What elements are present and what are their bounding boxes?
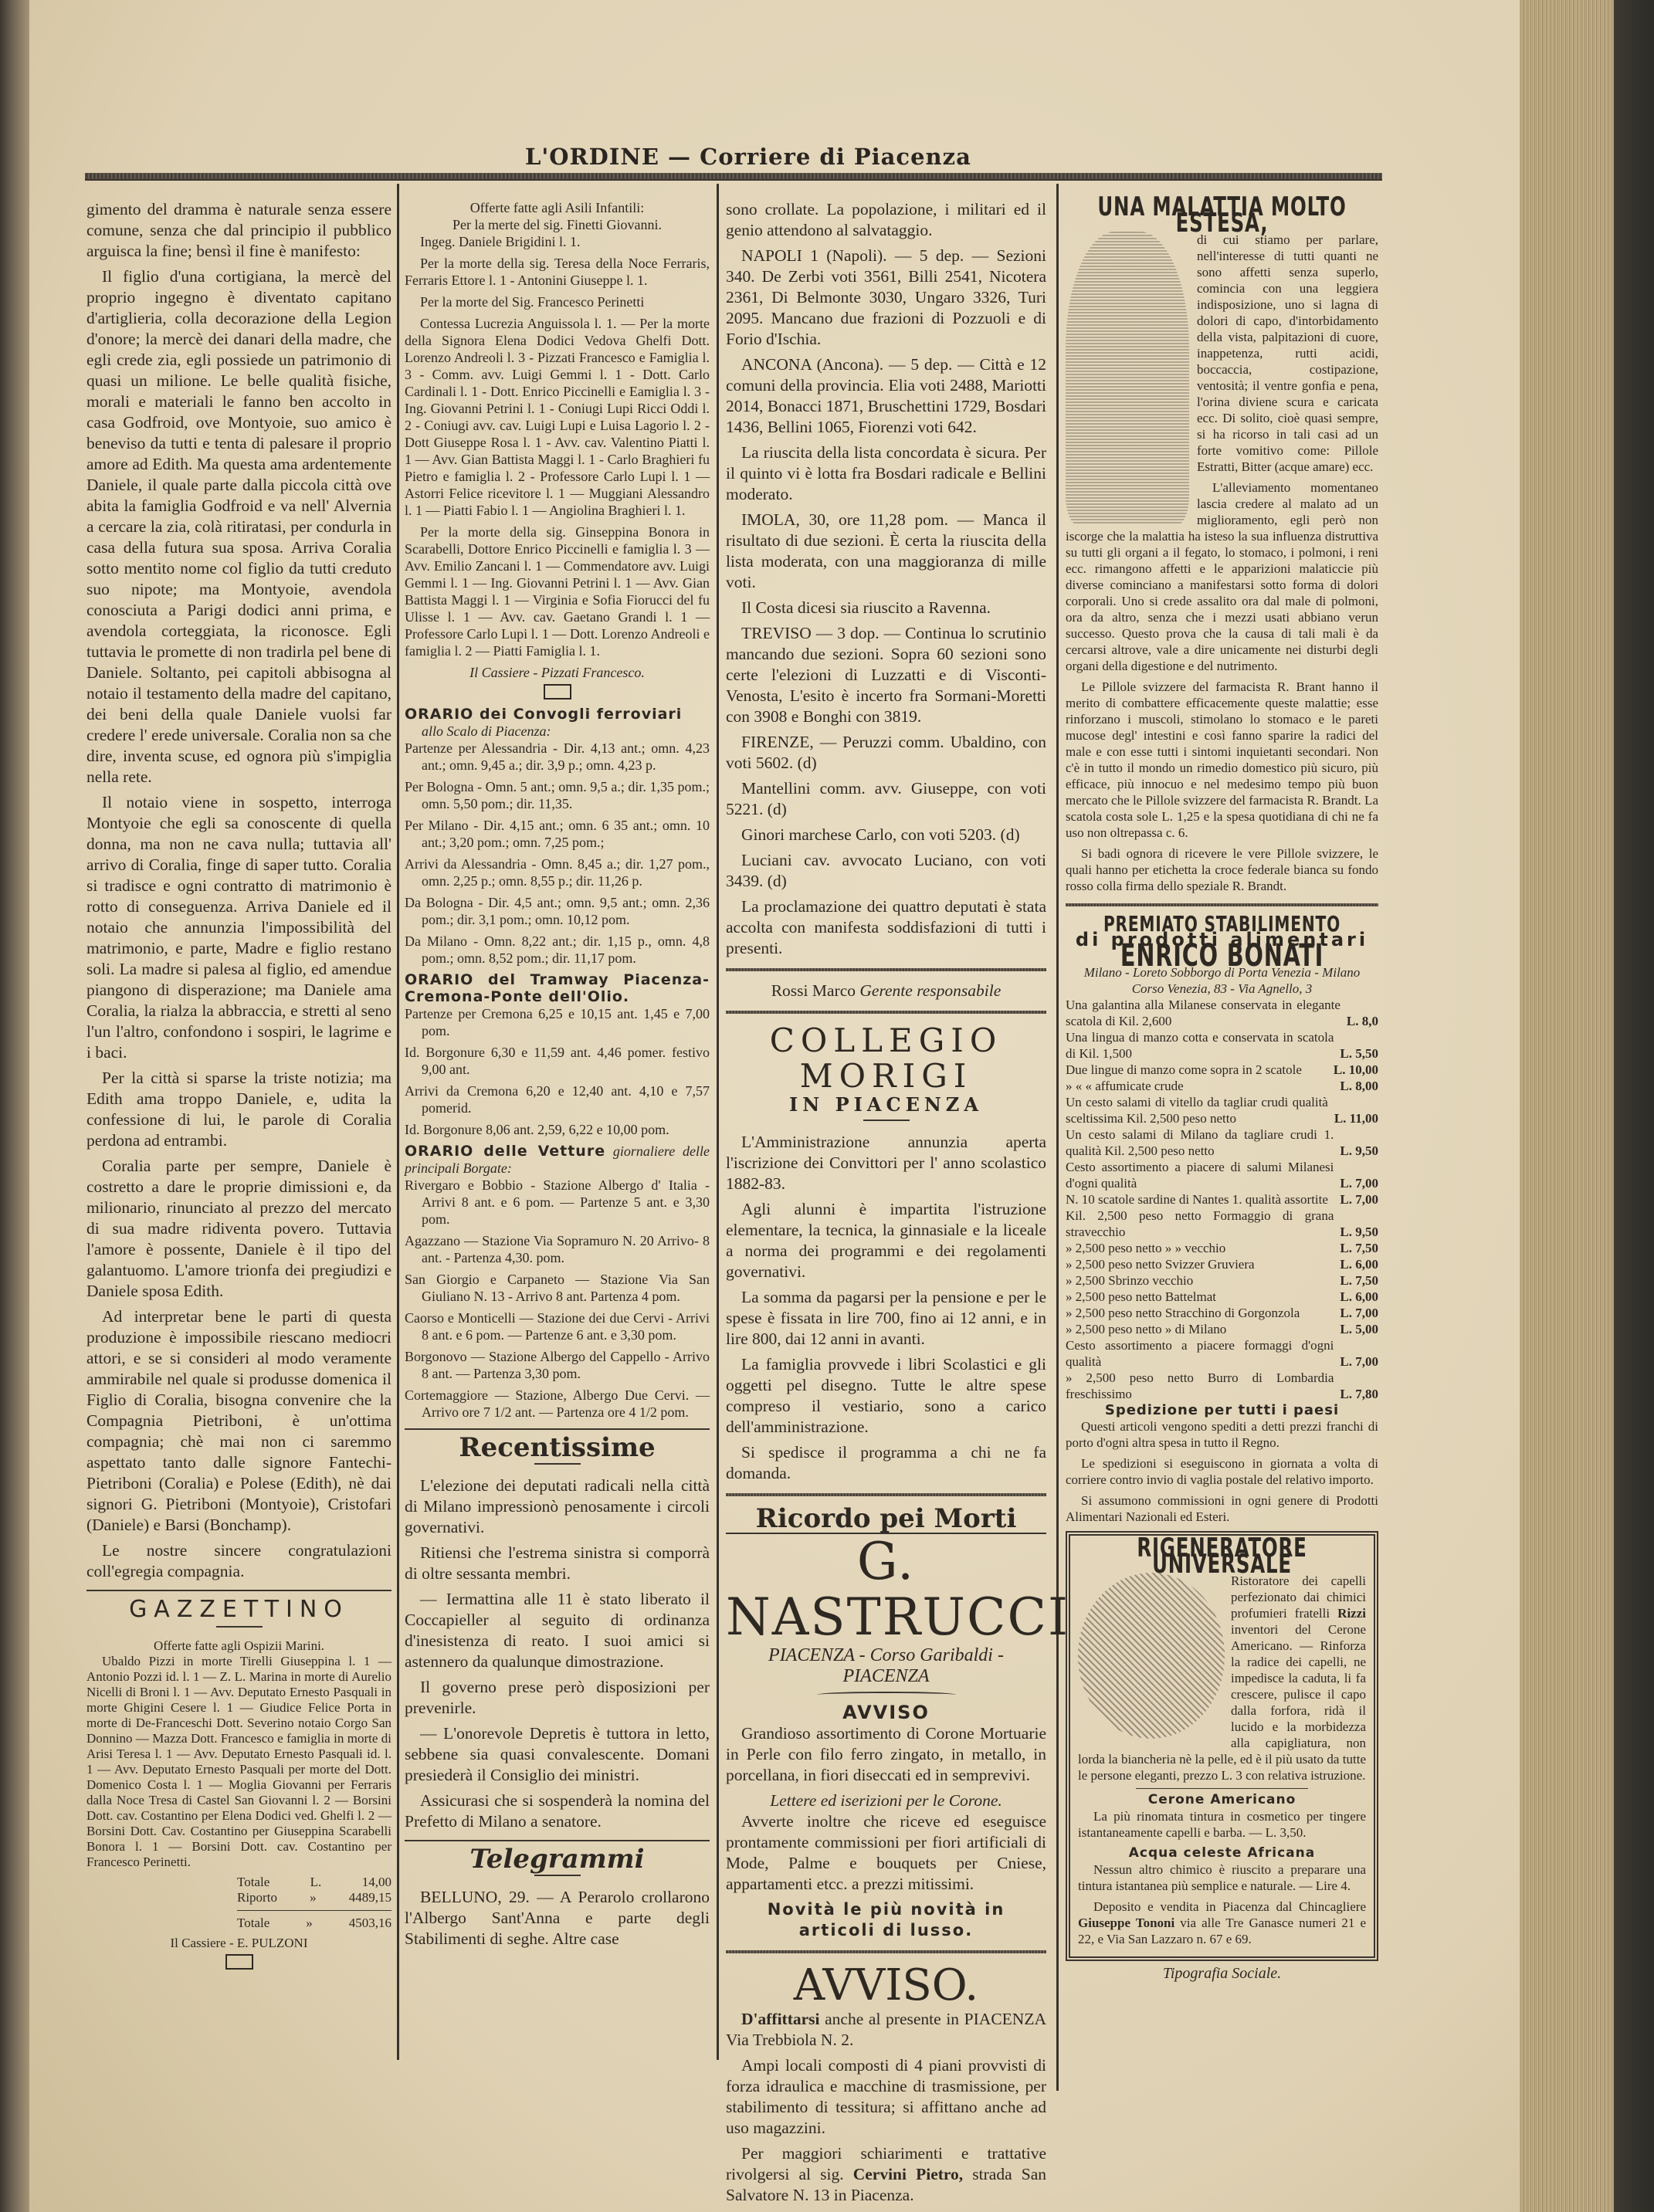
price-row: Cesto assortimento a piacere formaggi d'… [1066,1337,1378,1370]
gazzettino-totals: TotaleL.14,00 Riporto»4489,15 Totale»450… [237,1875,391,1931]
orario-row: Borgonovo — Stazione Albergo del Cappell… [405,1348,710,1382]
orario-row: Partenze per Alessandria - Dir. 4,13 ant… [405,740,710,774]
column-4: UNA MALATTIA MOLTO ESTESA, di cui stiamo… [1066,199,1378,1982]
woman-portrait-illustration [1078,1573,1225,1739]
item-price: L. 6,00 [1340,1289,1378,1305]
ad-tagline: Novità le più novità in articoli di luss… [726,1899,1046,1941]
orario-row: Da Bologna - Dir. 4,5 ant.; omn. 9,5 ant… [405,894,710,928]
bonati-name: ENRICO BONATI [1097,948,1347,964]
book-binding [1614,0,1654,2212]
item-desc: » 2,500 peso netto » di Milano [1066,1321,1340,1337]
ad-paragraph: Ampi locali composti di 4 piani provvist… [726,2055,1046,2139]
price-row: » 2,500 peso netto » di MilanoL. 5,00 [1066,1321,1378,1337]
orario-treni-title: ORARIO dei Convogli ferroviari [405,706,710,723]
orario-row: Id. Borgonure 8,06 ant. 2,59, 6,22 e 10,… [405,1121,710,1138]
total-row: Totale»4503,16 [237,1916,391,1931]
asili-entry: Per la morte della sig. Ginseppina Bonor… [405,523,710,659]
asili-entry: Contessa Lucrezia Anguissola l. 1. — Per… [405,315,710,519]
item-price: L. 7,00 [1340,1175,1378,1191]
gazzettino-section: GAZZETTINO Offerte fatte agli Ospizii Ma… [86,1599,391,1970]
total-symbol: » [310,1890,317,1905]
article-paragraph: Ritiensi che l'estrema sinistra si compo… [405,1543,710,1584]
deposito-text: Deposito e vendita in Piacenza dal Chinc… [1093,1899,1366,1914]
orario-vetture-title: ORARIO delle Vetture [405,1143,605,1160]
ad-paragraph: La più rinomata tintura in cosmetico per… [1078,1808,1366,1841]
orario-row: Agazzano — Stazione Via Sopramuro N. 20 … [405,1232,710,1266]
collegio-subtitle: IN PIACENZA [726,1094,1046,1115]
gazzettino-subtitle: Offerte fatte agli Ospizii Marini. [86,1638,391,1654]
article-paragraph: La riuscita della lista concordata è sic… [726,442,1046,505]
price-row: » 2,500 peso netto Stracchino di Gorgonz… [1066,1305,1378,1321]
brandt-ad: UNA MALATTIA MOLTO ESTESA, di cui stiamo… [1066,199,1378,894]
article-paragraph: sono crollate. La popolazione, i militar… [726,199,1046,241]
election-result: FIRENZE, — Peruzzi comm. Ubaldino, con v… [726,732,1046,774]
bonati-title: PREMIATO STABILIMENTO [1097,916,1347,932]
title-dash [534,1875,581,1876]
election-result: TREVISO — 3 dop. — Continua lo scrutinio… [726,623,1046,727]
total-row: Riporto»4489,15 [237,1890,391,1905]
ad-paragraph: Grandioso assortimento di Corone Mortuar… [726,1723,1046,1786]
total-label: Totale [237,1875,269,1890]
orario-row: Caorso e Monticelli — Stazione dei due C… [405,1309,710,1343]
item-desc: » « « affumicate crude [1066,1078,1340,1094]
orario-row: Cortemaggiore — Stazione, Albergo Due Ce… [405,1387,710,1421]
asili-entry: Ingeg. Daniele Brigidini l. 1. [405,233,710,250]
adjacent-page-edge [0,0,29,2212]
item-price: L. 7,00 [1340,1191,1378,1208]
total-symbol: » [306,1916,313,1931]
asili-title: Offerte fatte agli Asili Infantili: [405,199,710,216]
ad-paragraph: Agli alunni è impartita l'istruzione ele… [726,1199,1046,1282]
column-2: Offerte fatte agli Asili Infantili: Per … [405,199,710,1954]
asili-entry: Per la morte della sig. Teresa della Noc… [405,255,710,289]
article-paragraph: Il Costa dicesi sia riuscito a Ravenna. [726,598,1046,618]
telegrammi-title: Telegrammi [405,1849,710,1870]
article-paragraph: gimento del dramma è naturale senza esse… [86,199,391,262]
divider [1136,1788,1309,1789]
rizzi-ad: RIGENERATORE UNIVERSALE Ristoratore dei … [1066,1531,1378,1961]
item-desc: Cesto assortimento a piacere di salumi M… [1066,1159,1340,1191]
election-result: Ginori marchese Carlo, con voti 5203. (d… [726,825,1046,845]
orario-tram-title: ORARIO del Tramway Piacenza-Cremona-Pont… [405,971,710,1005]
election-result: Luciani cav. avvocato Luciano, con voti … [726,850,1046,892]
article-paragraph: Il notaio viene in sospetto, interroga M… [86,792,391,1063]
election-result: ANCONA (Ancona). — 5 dep. — Città e 12 c… [726,354,1046,438]
column-3: sono crollate. La popolazione, i militar… [726,199,1046,2210]
article-paragraph: BELLUNO, 29. — A Perarolo crollarono l'A… [405,1887,710,1949]
election-result: NAPOLI 1 (Napoli). — 5 dep. — Sezioni 34… [726,246,1046,350]
orario-row: Per Bologna - Omn. 5 ant.; omn. 9,5 a.; … [405,778,710,812]
section-rule [405,1428,710,1430]
total-label: Totale [237,1916,269,1931]
title-dash [534,1463,581,1465]
section-rule [726,968,1046,971]
item-desc: Un cesto salami di Milano da tagliare cr… [1066,1126,1340,1159]
item-desc: » 2,500 peso netto Burro di Lombardia fr… [1066,1370,1340,1402]
recentissime-title: Recentissime [405,1438,710,1458]
price-row: Un cesto salami di vitello da tagliar cr… [1066,1094,1378,1126]
nastrucci-name: G. NASTRUCCI [726,1534,1046,1645]
title-dash [863,1120,910,1121]
bonati-address-2: Corso Venezia, 83 - Via Agnello, 3 [1066,981,1378,997]
item-desc: Due lingue di manzo come sopra in 2 scat… [1066,1062,1334,1078]
ad-paragraph: Si assumono commissioni in ogni genere d… [1066,1492,1378,1525]
gerente-role: Gerente responsabile [859,981,1001,1000]
collegio-ad: COLLEGIO MORIGI IN PIACENZA L'Amministra… [726,1023,1046,1484]
item-price: L. 8,00 [1340,1078,1378,1094]
price-row: » 2,500 peso netto Svizzer GruvieraL. 6,… [1066,1256,1378,1272]
acqua-title: Acqua celeste Africana [1078,1845,1366,1861]
recentissime-section: Recentissime L'elezione dei deputati rad… [405,1438,710,1949]
orario-row: Da Milano - Omn. 8,22 ant.; dir. 1,15 p.… [405,933,710,967]
orario-tram: ORARIO del Tramway Piacenza-Cremona-Pont… [405,971,710,1138]
section-rule [726,1950,1046,1953]
item-price: L. 7,80 [1340,1386,1378,1402]
item-price: L. 11,00 [1334,1110,1378,1126]
ad-lead-bold: D'affittarsi [741,2010,820,2028]
item-price: L. 5,50 [1340,1045,1378,1062]
asili-subtitle: Per la merte del sig. Finetti Giovanni. [405,216,710,233]
price-row: » 2,500 Sbrinzo vecchioL. 7,50 [1066,1272,1378,1289]
asili-entry: Per la morte del Sig. Francesco Perinett… [405,293,710,310]
orario-row: Per Milano - Dir. 4,15 ant.; omn. 6 35 a… [405,817,710,851]
orario-vetture: ORARIO delle Vetture giornaliere delle p… [405,1143,710,1421]
asili-cassiere: Il Cassiere - Pizzati Francesco. [405,664,710,681]
article-paragraph: Per la città si sparse la triste notizia… [86,1068,391,1151]
rizzi-brand: Rizzi [1337,1606,1366,1621]
article-paragraph: — L'onorevole Depretis è tuttora in lett… [405,1723,710,1786]
column-1: gimento del dramma è naturale senza esse… [86,199,391,1976]
item-desc: » 2,500 Sbrinzo vecchio [1066,1272,1340,1289]
title-dash [216,1626,263,1628]
column-rule [717,184,719,2060]
price-row: Un cesto salami di Milano da tagliare cr… [1066,1126,1378,1159]
item-price: L. 7,00 [1340,1353,1378,1370]
item-desc: Kil. 2,500 peso netto Formaggio di grana… [1066,1208,1340,1240]
ad-paragraph: La somma da pagarsi per la pensione e pe… [726,1287,1046,1350]
total-value: 4503,16 [349,1916,391,1931]
nastrucci-address: PIACENZA - Corso Garibaldi - PIACENZA [726,1645,1046,1687]
article-paragraph: Coralia parte per sempre, Daniele è cost… [86,1156,391,1302]
article-paragraph: Assicurasi che si sospenderà la nomina d… [405,1790,710,1832]
ad-paragraph: L'Amministrazione annunzia aperta l'iscr… [726,1132,1046,1194]
ornament-square [544,684,571,700]
orario-treni: ORARIO dei Convogli ferroviari allo Scal… [405,706,710,967]
deposito-name: Giuseppe Tononi [1078,1916,1174,1930]
brandt-title: UNA MALATTIA MOLTO ESTESA, [1097,199,1347,232]
orario-row: San Giorgio e Carpaneto — Stazione Via S… [405,1271,710,1305]
section-rule [726,1493,1046,1496]
orario-row: Arrivi da Alessandria - Omn. 8,45 a.; di… [405,855,710,889]
section-rule [405,1840,710,1841]
tipografia-imprint: Tipografia Sociale. [1066,1966,1378,1982]
orario-treni-subtitle: allo Scalo di Piacenza: [405,723,710,740]
article-paragraph: Il figlio d'una cortigiana, la mercè del… [86,266,391,788]
column-rule [1056,184,1059,2091]
item-price: L. 7,50 [1340,1240,1378,1256]
ad-paragraph: Avverte inoltre che riceve ed eseguisce … [726,1811,1046,1895]
total-row: TotaleL.14,00 [237,1875,391,1890]
price-row: N. 10 scatole sardine di Nantes 1. quali… [1066,1191,1378,1208]
ad-contact-name: Cervini Pietro, [853,2165,963,2183]
ad-paragraph: Si spedisce il programma a chi ne fa dom… [726,1442,1046,1484]
section-rule [726,1011,1046,1014]
nastrucci-header: Ricordo pei Morti [726,1506,1046,1534]
item-desc: » 2,500 peso netto Stracchino di Gorgonz… [1066,1305,1340,1321]
ad-paragraph: La famiglia provvede i libri Scolastici … [726,1354,1046,1438]
ad-paragraph: Nessun altro chimico è riuscito a prepar… [1078,1861,1366,1894]
masthead-rule [85,173,1382,181]
ad-paragraph: Si badi ognora di ricevere le vere Pillo… [1066,845,1378,894]
orario-row: Id. Borgonure 6,30 e 11,59 ant. 4,46 pom… [405,1044,710,1078]
ad-paragraph: Questi articoli vengono spediti a detti … [1066,1418,1378,1451]
election-result: Mantellini comm. avv. Giuseppe, con voti… [726,778,1046,820]
section-rule [86,1590,391,1591]
total-symbol: L. [310,1875,322,1890]
ad-paragraph: Le Pillole svizzere del farmacista R. Br… [1066,679,1378,841]
item-price: L. 5,00 [1340,1321,1378,1337]
orario-row: Partenze per Cremona 6,25 e 10,15 ant. 1… [405,1005,710,1039]
total-value: 4489,15 [349,1890,391,1905]
item-price: L. 6,00 [1340,1256,1378,1272]
cassiere-signature: Il Cassiere - E. PULZONI [86,1936,391,1951]
collegio-title: COLLEGIO MORIGI [726,1023,1046,1094]
girl-illustration [1066,232,1189,525]
item-desc: » 2,500 peso netto » » vecchio [1066,1240,1340,1256]
article-paragraph: L'elezione dei deputati radicali nella c… [405,1475,710,1538]
ad-paragraph: Le spedizioni si eseguiscono in giornata… [1066,1455,1378,1488]
cerone-title: Cerone Americano [1078,1792,1366,1808]
orario-row: Arrivi da Cremona 6,20 e 12,40 ant. 4,10… [405,1082,710,1116]
item-desc: » 2,500 peso netto Battelmat [1066,1289,1340,1305]
gazzettino-body: Ubaldo Pizzi in morte Tirelli Giuseppina… [86,1654,391,1870]
affitto-ad: AVVISO. D'affittarsi anche al presente i… [726,1963,1046,2206]
total-rule [237,1910,391,1911]
price-row: Kil. 2,500 peso netto Formaggio di grana… [1066,1208,1378,1240]
avviso-heading: AVVISO [726,1702,1046,1723]
item-desc: N. 10 scatole sardine di Nantes 1. quali… [1066,1191,1340,1208]
column-rule [397,184,399,2060]
price-row: » « « affumicate crudeL. 8,00 [1066,1078,1378,1094]
price-row: » 2,500 peso netto Burro di Lombardia fr… [1066,1370,1378,1402]
price-row: Cesto assortimento a piacere di salumi M… [1066,1159,1378,1191]
item-price: L. 7,00 [1340,1305,1378,1321]
rizzi-title: RIGENERATORE UNIVERSALE [1107,1540,1337,1573]
ornament-swirl [817,1692,956,1698]
section-rule [1066,903,1378,906]
article-paragraph: Le nostre sincere congratulazioni coll'e… [86,1540,391,1582]
masthead: L'ORDINE — Corriere di Piacenza [525,144,971,170]
gazzettino-title: GAZZETTINO [86,1599,391,1620]
item-desc: Una galantina alla Milanese conservata i… [1066,997,1347,1029]
article-paragraph: — Iermattina alle 11 è stato liberato il… [405,1589,710,1672]
nastrucci-ad: Ricordo pei Morti G. NASTRUCCI PIACENZA … [726,1506,1046,1941]
item-price: L. 9,50 [1340,1224,1378,1240]
item-desc: Una lingua di manzo cotta e conservata i… [1066,1029,1340,1062]
article-paragraph: Ad interpretar bene le parti di questa p… [86,1306,391,1536]
item-desc: Cesto assortimento a piacere formaggi d'… [1066,1337,1340,1370]
item-price: L. 7,50 [1340,1272,1378,1289]
total-label: Riporto [237,1890,277,1905]
gerente-line: Rossi Marco Gerente responsabile [726,981,1046,1001]
price-row: Due lingue di manzo come sopra in 2 scat… [1066,1062,1378,1078]
item-desc: Un cesto salami di vitello da tagliar cr… [1066,1094,1334,1126]
election-result: IMOLA, 30, ore 11,28 pom. — Manca il ris… [726,510,1046,593]
item-price: L. 10,00 [1334,1062,1378,1078]
article-paragraph: Il governo prese però disposizioni per p… [405,1677,710,1719]
ornament-square [225,1954,253,1970]
item-desc: » 2,500 peso netto Svizzer Gruviera [1066,1256,1340,1272]
price-row: » 2,500 peso netto » » vecchioL. 7,50 [1066,1240,1378,1256]
gerente-name: Rossi Marco [771,981,856,1000]
spedizione-title: Spedizione per tutti i paesi [1066,1402,1378,1418]
price-row: » 2,500 peso netto BattelmatL. 6,00 [1066,1289,1378,1305]
ad-italic-line: Lettere ed iserizioni per le Corone. [726,1790,1046,1811]
price-row: Una lingua di manzo cotta e conservata i… [1066,1029,1378,1062]
total-value: 14,00 [362,1875,391,1890]
orario-row: Rivergaro e Bobbio - Stazione Albergo d'… [405,1177,710,1228]
bonati-ad: PREMIATO STABILIMENTO di prodotti alimen… [1066,916,1378,1525]
item-price: L. 8,0 [1347,1013,1378,1029]
article-paragraph: La proclamazione dei quattro deputati è … [726,896,1046,959]
price-row: Una galantina alla Milanese conservata i… [1066,997,1378,1029]
avviso-title: AVVISO. [726,1963,1046,2009]
item-price: L. 9,50 [1340,1143,1378,1159]
